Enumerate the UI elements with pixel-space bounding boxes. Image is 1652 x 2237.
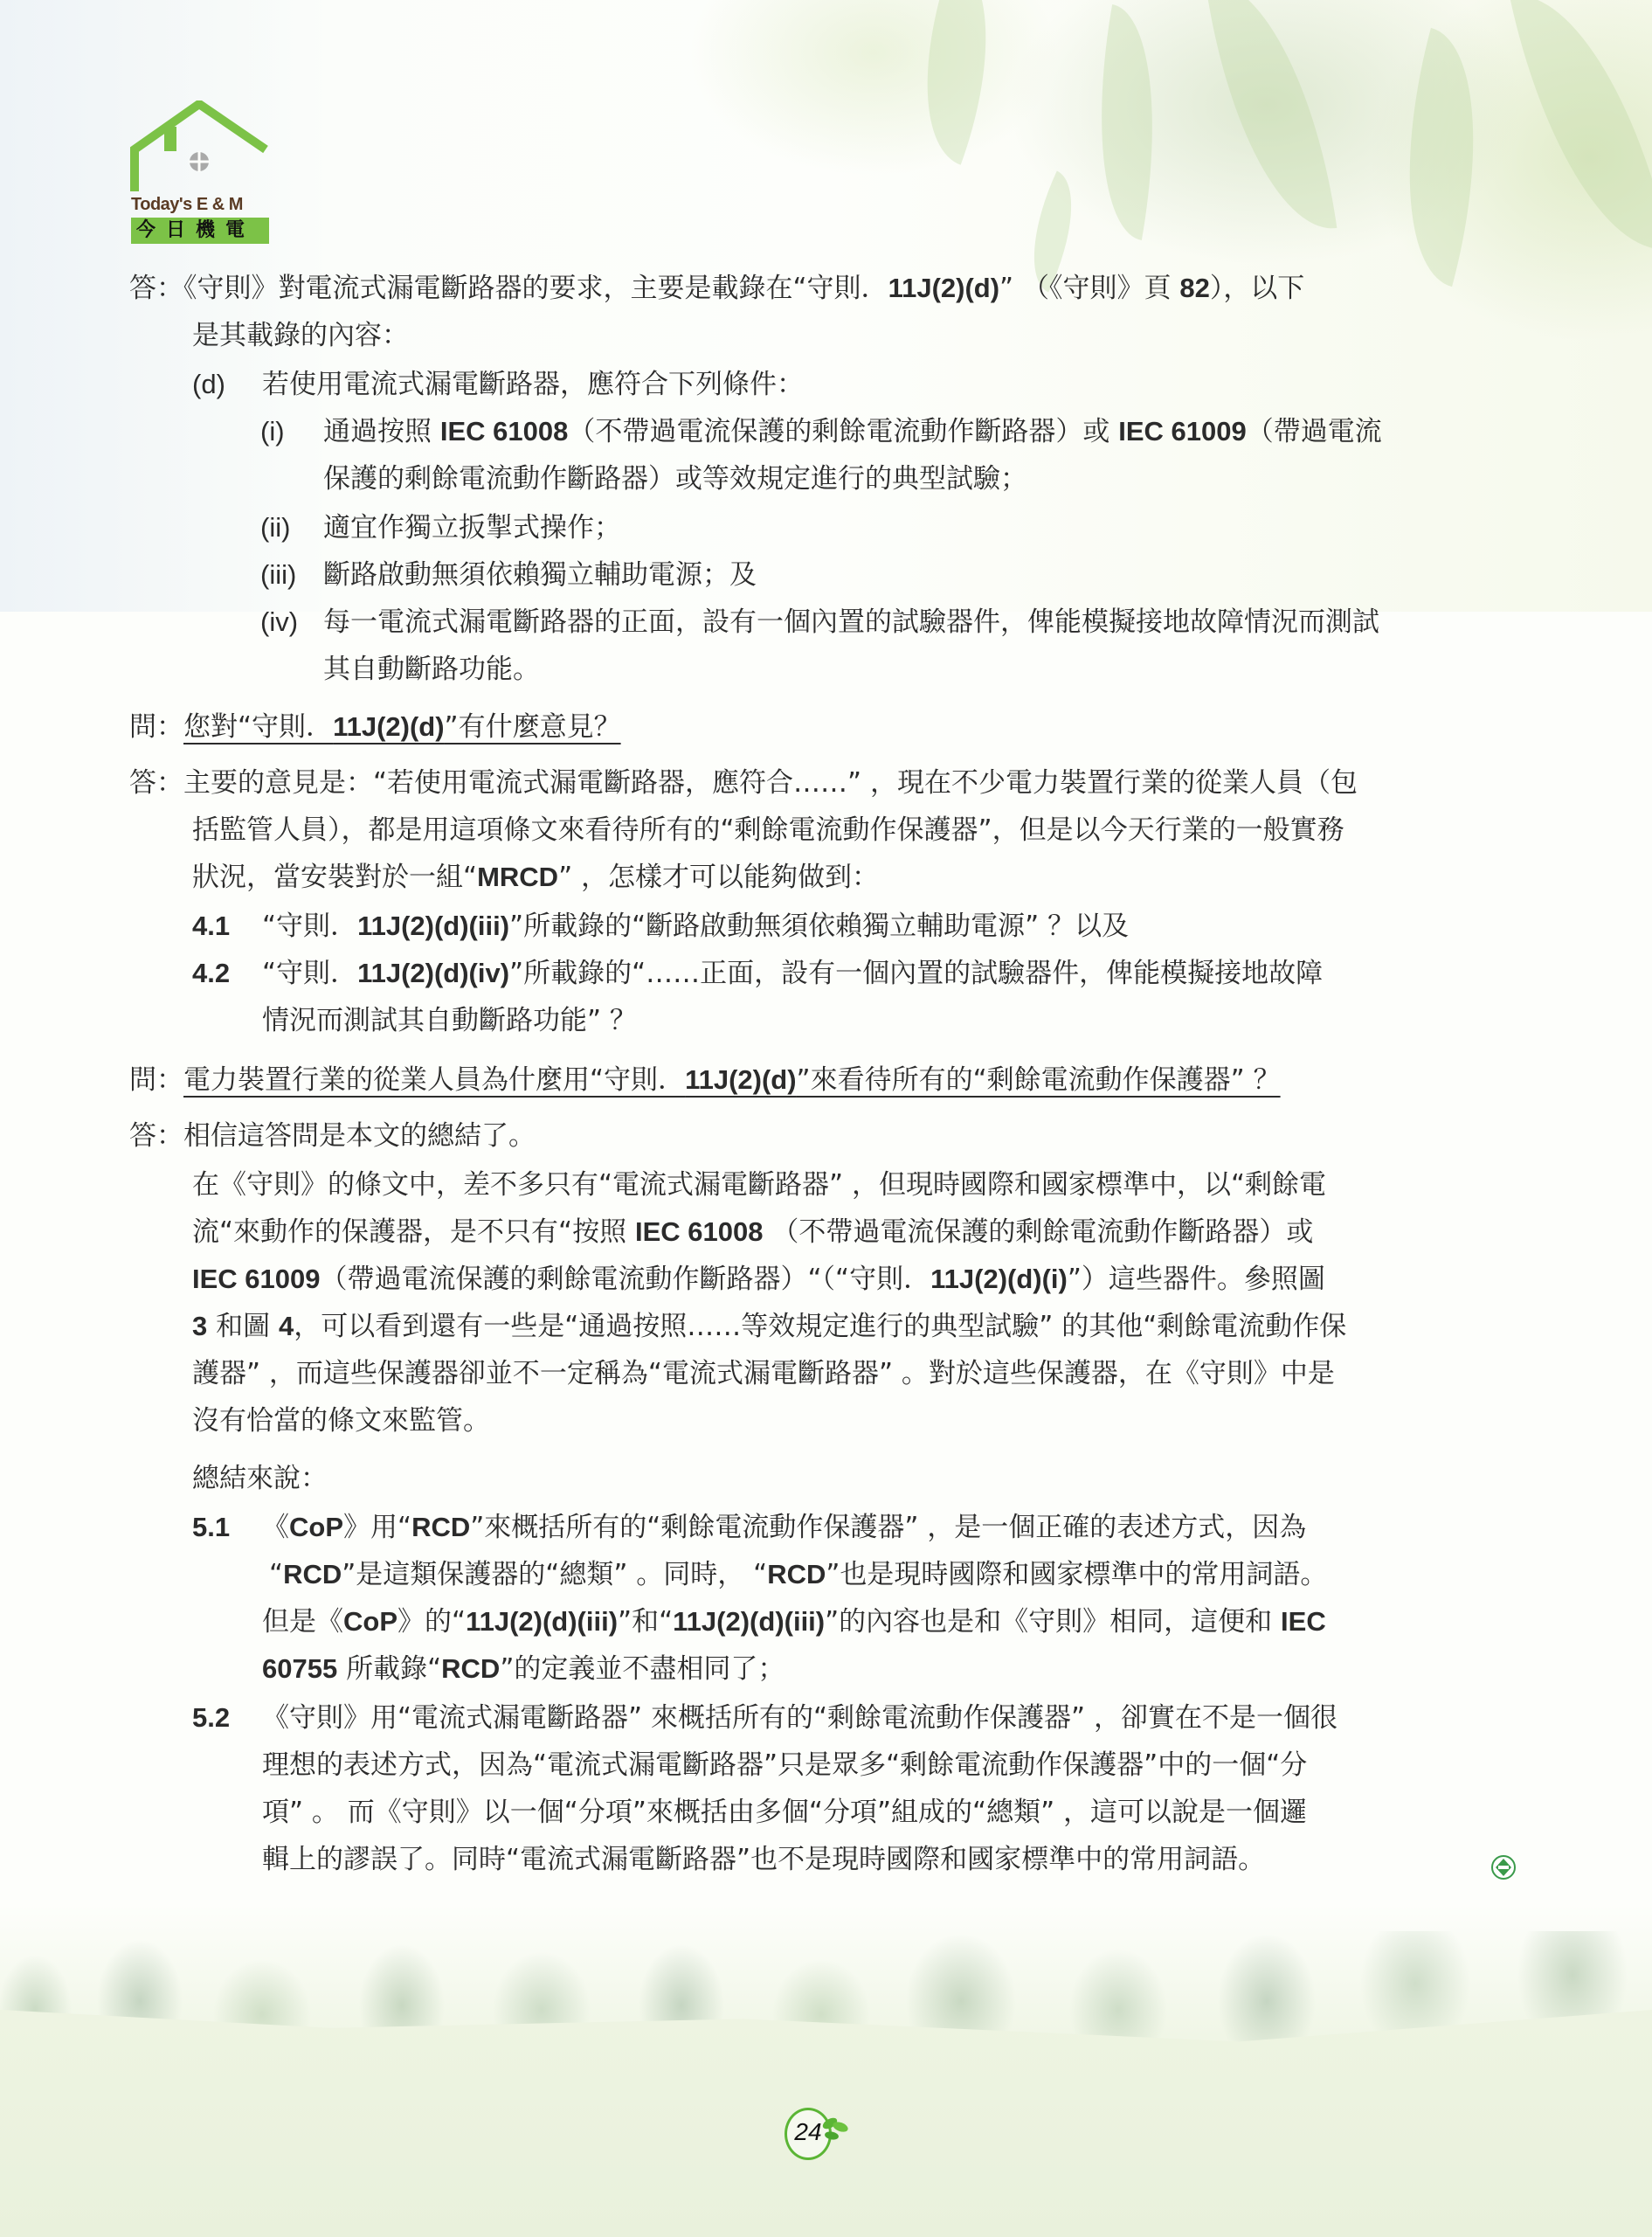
point-4-2: 4.2“守則．11J(2)(d)(iv)”所載錄的“……正面，設有一個內置的試驗… bbox=[192, 956, 1323, 991]
point-5-2-line-2: 理想的表述方式，因為“電流式漏電斷路器”只是眾多“剩餘電流動作保護器”中的一個“… bbox=[262, 1748, 1307, 1783]
answer-3-intro: 答：相信這答問是本文的總結了。 bbox=[129, 1118, 536, 1153]
answer-marker: 答： bbox=[129, 273, 183, 304]
point-5-1-line-1: 5.1《CoP》用“RCD”來概括所有的“剩餘電流動作保護器” ，是一個正確的表… bbox=[192, 1510, 1306, 1545]
answer-2-line-2: 括監管人員），都是用這項條文來看待所有的“剩餘電流動作保護器”，但是以今天行業的… bbox=[192, 813, 1344, 848]
house-icon bbox=[129, 100, 278, 197]
background-leaves bbox=[0, 0, 1652, 612]
clause-item-iv: (iv)每一電流式漏電斷路器的正面，設有一個內置的試驗器件，俾能模擬接地故障情況… bbox=[260, 605, 1379, 640]
emsd-logo-icon bbox=[1490, 1854, 1517, 1880]
point-5-2-line-4: 輯上的謬誤了。同時“電流式漏電斷路器”也不是現時國際和國家標準中的常用詞語。 bbox=[262, 1842, 1265, 1877]
clause-d: (d)若使用電流式漏電斷路器，應符合下列條件： bbox=[192, 367, 804, 402]
clause-label: (d) bbox=[192, 367, 262, 402]
logo-chinese-title: 今日機電 bbox=[131, 218, 269, 244]
answer-3-para-line-2: 流“來動作的保護器，是不只有“按照 IEC 61008 （不帶過電流保護的剩餘電… bbox=[192, 1215, 1313, 1250]
answer-marker: 答： bbox=[129, 767, 183, 799]
question-marker: 問： bbox=[129, 711, 183, 743]
summary-label: 總結來說： bbox=[192, 1461, 328, 1496]
answer-3-para-line-5: 護器” ，而這些保護器卻並不一定稱為“電流式漏電斷路器” 。對於這些保護器，在《… bbox=[192, 1356, 1335, 1391]
question-marker: 問： bbox=[129, 1064, 183, 1096]
point-5-2-line-3: 項” 。 而《守則》以一個“分項”來概括由多個“分項”組成的“總類” ，這可以說… bbox=[262, 1795, 1307, 1830]
answer-2-line-3: 狀況，當安裝對於一組“MRCD” ，怎樣才可以能夠做到： bbox=[192, 860, 879, 895]
clause-item-iv-cont: 其自動斷路功能。 bbox=[323, 652, 540, 687]
answer-1-line-2: 是其載錄的內容： bbox=[192, 318, 409, 353]
answer-marker: 答： bbox=[129, 1120, 183, 1152]
page-number-badge: 24 bbox=[785, 2108, 835, 2164]
question-2: 問：您對“守則．11J(2)(d)”有什麼意見？ bbox=[129, 710, 621, 745]
logo-english-title: Today's E & M bbox=[131, 195, 243, 215]
point-5-1-line-4: 60755 所載錄“RCD”的定義並不盡相同了； bbox=[262, 1652, 785, 1686]
point-5-2-line-1: 5.2《守則》用“電流式漏電斷路器” 來概括所有的“剩餘電流動作保護器” ，卻實… bbox=[192, 1700, 1337, 1735]
answer-3-para-line-1: 在《守則》的條文中，差不多只有“電流式漏電斷路器” ，但現時國際和國家標準中，以… bbox=[192, 1167, 1326, 1202]
leaf-icon bbox=[819, 2115, 851, 2146]
answer-3-para-line-6: 沒有恰當的條文來監管。 bbox=[192, 1403, 490, 1438]
answer-3-para-line-4: 3 和圖 4，可以看到還有一些是“通過按照……等效規定進行的典型試驗” 的其他“… bbox=[192, 1309, 1346, 1344]
answer-1-line-1: 答：《守則》對電流式漏電斷路器的要求，主要是載錄在“守則．11J(2)(d)” … bbox=[129, 271, 1304, 306]
clause-item-i: (i)通過按照 IEC 61008（不帶過電流保護的剩餘電流動作斷路器）或 IE… bbox=[260, 414, 1382, 449]
point-5-1-line-3: 但是《CoP》的“11J(2)(d)(iii)”和“11J(2)(d)(iii)… bbox=[262, 1604, 1326, 1639]
point-5-1-line-2: “RCD”是這類保護器的“總類” 。同時， “RCD”也是現時國際和國家標準中的… bbox=[269, 1557, 1327, 1592]
answer-2-line-1: 答：主要的意見是：“若使用電流式漏電斷路器，應符合……” ，現在不少電力裝置行業… bbox=[129, 765, 1358, 800]
magazine-logo: Today's E & M 今日機電 bbox=[129, 100, 278, 249]
point-4-1: 4.1“守則．11J(2)(d)(iii)”所載錄的“斷路啟動無須依賴獨立輔助電… bbox=[192, 909, 1129, 944]
question-3: 問：電力裝置行業的從業人員為什麼用“守則．11J(2)(d)”來看待所有的“剩餘… bbox=[129, 1063, 1281, 1098]
clause-item-i-cont: 保護的剩餘電流動作斷路器）或等效規定進行的典型試驗； bbox=[323, 461, 1027, 496]
answer-3-para-line-3: IEC 61009（帶過電流保護的剩餘電流動作斷路器）“（“守則．11J(2)(… bbox=[192, 1262, 1325, 1297]
clause-item-iii: (iii)斷路啟動無須依賴獨立輔助電源；及 bbox=[260, 558, 757, 592]
clause-item-ii: (ii)適宜作獨立扳掣式操作； bbox=[260, 510, 621, 545]
point-4-2-cont: 情況而測試其自動斷路功能” ？ bbox=[262, 1003, 637, 1038]
